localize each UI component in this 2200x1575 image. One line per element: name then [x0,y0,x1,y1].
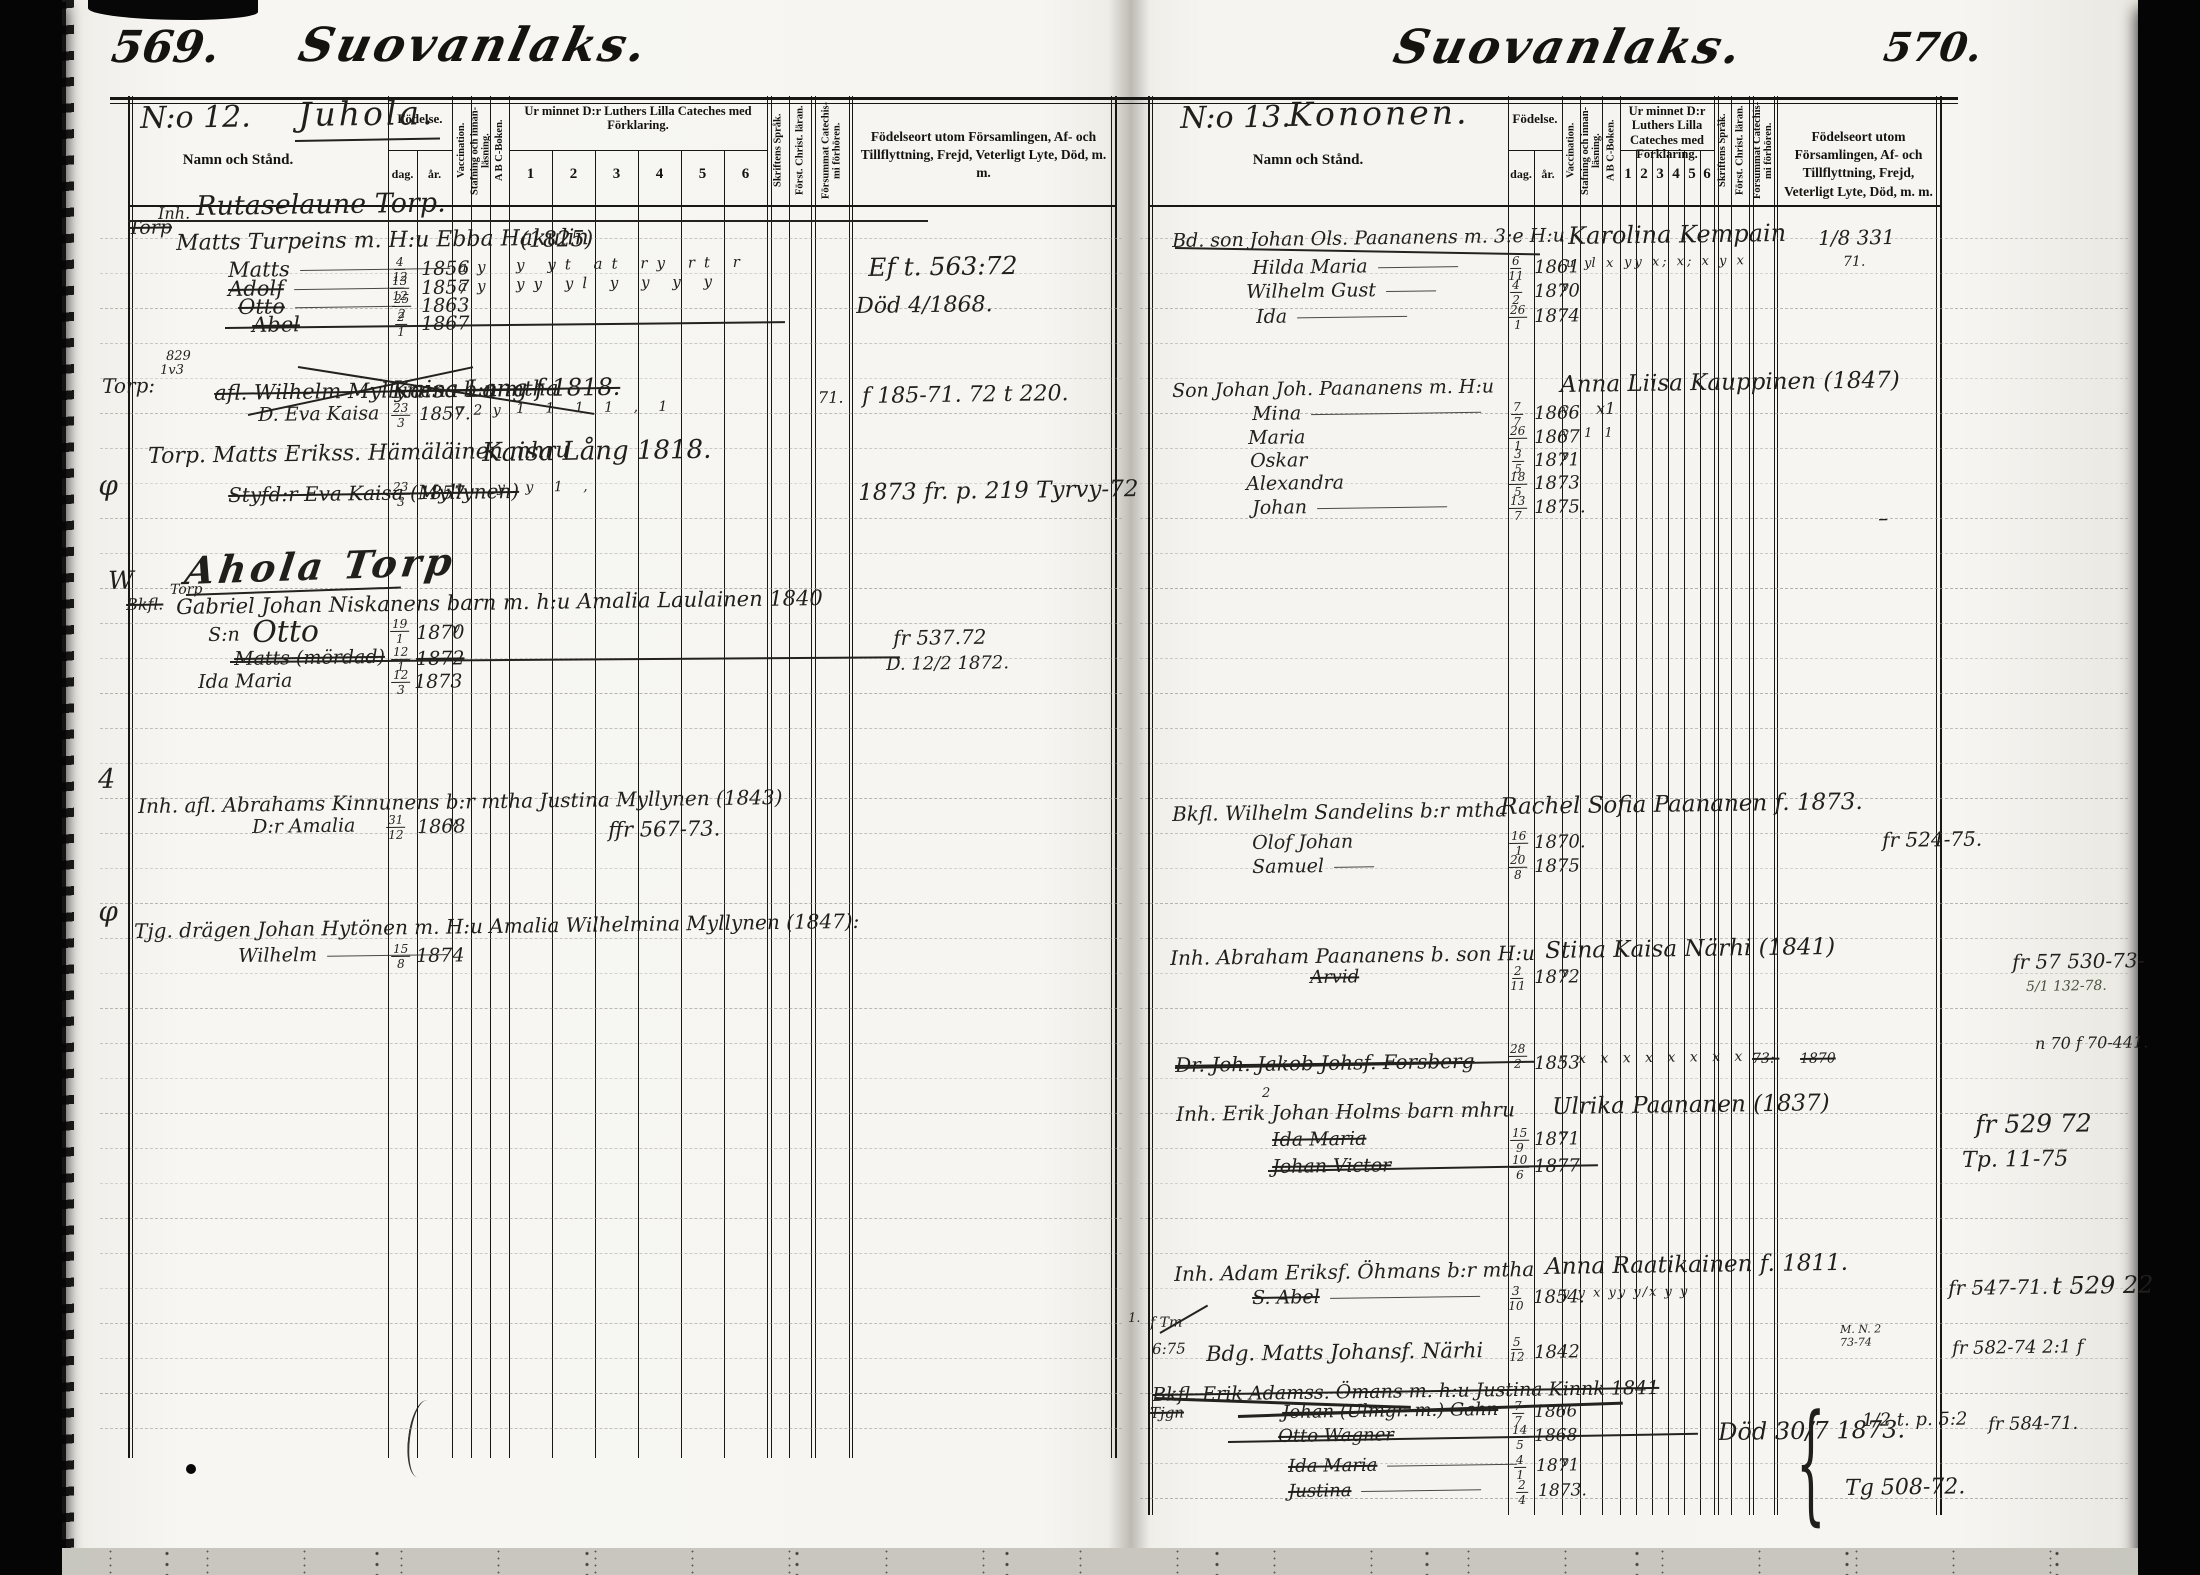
ruled-guide-line [100,973,1122,974]
column-header-missed-catechism: Försummat Catechis-mi förhören. [811,98,852,203]
pen-dash [1330,1295,1480,1298]
handwritten-text: Bdg. Matts Johansf. Närhi [1206,1340,1483,1365]
handwritten-text: Ef t. 563:72 [868,253,1018,280]
ruled-guide-line [100,1113,1122,1114]
ruled-guide-line [1140,763,2128,764]
handwritten-text: 1870 [1534,282,1580,301]
handwritten-text: Inh. Erik Johan Holms barn mhru [1176,1099,1515,1124]
column-header-notes: Födelseort utom Församlingen, Af- och Ti… [1783,128,1934,201]
handwritten-text: a [458,260,467,275]
handwritten-text: v [1562,281,1569,293]
page-number-left: 569. [108,22,222,73]
ruled-guide-line [100,728,1122,729]
column-header-notes: Födelseort utom Församlingen, Af- och Ti… [858,128,1109,183]
birth-date: 512 [1509,1336,1525,1363]
handwritten-text: 1v3 [160,364,184,377]
handwritten-text: Ida [1256,306,1407,327]
pen-dash [1317,506,1447,509]
handwritten-text: 1871 [1536,1457,1579,1475]
ruled-guide-line [100,1253,1122,1254]
handwritten-text: Arvid [1310,968,1359,987]
handwritten-text: ffr 567-73. [608,818,720,841]
pen-dash [1311,411,1481,414]
scanned-ledger-page: 569. Suovanlaks. Suovanlaks. 570. Födels… [0,0,2200,1575]
handwritten-text: fr 57 530-73- [2012,950,2145,972]
handwritten-text: – [1878,508,1888,528]
ruled-guide-line [100,693,1122,694]
handwritten-text: v [1562,967,1569,979]
column-header-scripture-language: Skriftens Språk. [767,98,789,203]
handwritten-text: S. Abel [1252,1286,1480,1308]
ruled-guide-line [1140,1183,2128,1184]
handwritten-text: 1 1 [1584,427,1617,440]
ruled-guide-line [100,1428,1122,1429]
handwritten-text: 1872 [1534,968,1580,987]
handwritten-text: 1875 [1534,857,1580,876]
ruled-guide-line [1140,903,2128,904]
handwritten-text: Otto [252,617,319,648]
catechism-sub-rule [1620,150,1714,151]
handwritten-text: Stina Kaisa Närhi (1841) [1545,936,1835,963]
pen-stroke [128,220,928,222]
handwritten-text: Abel [252,314,300,336]
handwritten-text: Samuel [1252,856,1374,877]
handwritten-text: Rutaselaune Torp. [196,190,446,220]
handwritten-text: v [1562,1456,1569,1468]
handwritten-text: 5/1 132-78. [2026,979,2107,994]
handwritten-text: Tp. 11-75 [1962,1149,2068,1172]
handwritten-text: Justina [1288,1480,1482,1501]
handwritten-text: x1 [1596,401,1615,417]
handwritten-text: f 185-71. 72 t 220. [862,383,1069,408]
ruled-guide-line [100,868,1122,869]
ruled-guide-line [100,1358,1122,1359]
column-header-vaccination: Vaccination. [1562,98,1580,203]
handwritten-text: v [1562,427,1569,439]
handwritten-text: Otto Wagner [1278,1426,1394,1446]
catechism-col-5: 5 [681,166,724,183]
handwritten-text: Olof Johan [1252,833,1353,853]
running-title-left: Suovanlaks. [294,18,607,73]
handwritten-text: v [449,816,457,830]
ruled-guide-line [1140,1218,2128,1219]
header-top-rule [110,97,1133,100]
ruled-guide-line [1140,1078,2128,1079]
handwritten-text: Hilda Maria [1252,256,1458,278]
ruled-guide-line [1140,728,2128,729]
handwritten-text: 1873 fr. p. 219 Tyrvy-72 [858,478,1139,505]
catechism-col-6: 6 [724,166,767,183]
handwritten-text: y [477,260,486,275]
birth-date: 208 [1508,854,1528,881]
handwritten-text: 1873 [414,672,463,692]
ruled-guide-line [100,343,1122,344]
running-title-right: Suovanlaks. [1389,20,1702,75]
handwritten-text: fr 537.72 [893,627,987,648]
birth-date: 211 [1510,965,1526,992]
handwritten-text: 1/2 t. p. 5:2 [1862,1411,1968,1430]
handwritten-text: Karolina Kempain [1568,221,1786,248]
pen-dash [295,306,395,308]
handwritten-text: M. N. 2 [1840,1323,1881,1335]
birth-date: 233 [391,402,411,429]
ruled-guide-line [1140,658,2128,659]
ruled-guide-line [100,1288,1122,1289]
column-header-spelling: Stafning och innan-läsning. [1580,98,1602,203]
handwritten-text: 1868 [417,817,466,837]
catechism-col-1: 1 [1620,166,1636,183]
scan-edge-right [2138,0,2200,1575]
column-header-catechism: Ur minnet D:r Luthers Lilla Cateches med… [1620,104,1714,162]
handwritten-text: fr 524-75. [1882,829,1982,850]
handwritten-text: Anna Liisa Kauppinen (1847) [1560,369,1900,397]
handwritten-text: 1866 [1534,404,1580,423]
header-bottom-rule [1148,205,1940,207]
handwritten-text: 1875. [1534,498,1586,517]
handwritten-text: Inh. Abraham Paananens b. son H:u [1170,943,1535,968]
column-header-abc-book: A B C-Boken. [490,98,509,203]
ruled-guide-line [1140,553,2128,554]
handwritten-text: fr 547-71. [1948,1277,2048,1298]
handwritten-text: 71. [1843,255,1865,269]
ruled-guide-line [1140,343,2128,344]
handwritten-text: Son Johan Joh. Paananens m. H:u [1172,378,1494,401]
column-header-day: dag. [388,168,417,182]
handwritten-text: Ulrika Paananen (1837) [1552,1092,1830,1119]
birth-date: 24 [1516,1479,1528,1506]
name-column-label: Namn och Stånd. [1188,152,1428,169]
handwritten-text: 1867 [1534,428,1580,447]
handwritten-text: 73:- [1752,1052,1779,1066]
birth-date: 191 [390,618,410,645]
handwritten-text: yy yl y y y y [516,274,721,292]
torn-edge-left [0,0,62,1575]
handwritten-text: Inh. Adam Eriksf. Öhmans b:r mtha [1174,1259,1534,1284]
birth-sub-rule [388,150,452,151]
record-name: Kononen. [1288,95,1470,131]
handwritten-text: D:r Amalia [252,817,356,837]
catechism-col-4: 4 [638,166,681,183]
handwritten-text: 829 [166,350,191,363]
handwritten-text: n 70 f 70-441. [2035,1034,2148,1052]
handwritten-text: Död 4/1868. [856,294,993,318]
ink-dot [186,1464,196,1474]
handwritten-text: v 2 y [455,403,504,418]
handwritten-text: (1825) [520,229,593,252]
handwritten-text: 1873 [1534,474,1580,493]
birth-date: 310 [1508,1285,1524,1312]
handwritten-text: t 529 22 [2052,1273,2154,1298]
handwritten-text: Bkfl. [126,596,163,613]
handwritten-text: 1873. [1538,1482,1587,1500]
handwritten-text: Ida Maria [1272,1130,1367,1150]
handwritten-text: D. 12/2 1872. [886,654,1009,674]
column-header-vaccination: Vaccination. [452,98,471,203]
handwritten-text: Anna Raatikainen f. 1811. [1545,1252,1848,1279]
handwritten-text: fr 582-74 2:1 f [1952,1338,2084,1358]
handwritten-text: fr 529 72 [1975,1110,2092,1137]
handwritten-text: x [1606,257,1614,270]
handwritten-text: Johan Victor [1272,1156,1391,1177]
handwritten-text: a [458,279,467,294]
ruled-guide-line [1140,588,2128,589]
handwritten-text: x x x x x x x x [1578,1050,1748,1066]
ruled-guide-line [1140,1323,2128,1324]
handwritten-text: { [1796,1398,1826,1528]
ruled-guide-line [100,1148,1122,1149]
ruled-guide-line [100,1043,1122,1044]
handwritten-text: φ [98,472,118,500]
birth-date: 158 [391,943,411,970]
handwritten-text: y y x yy y/x y y [1562,1285,1689,1300]
birth-date: 282 [1508,1043,1528,1070]
pen-dash [1361,1489,1481,1492]
catechism-col-6: 6 [1700,166,1714,183]
handwritten-text: y yt at ry rt r [516,255,749,273]
handwritten-text: Alexandra [1246,474,1344,494]
ruled-guide-line [100,518,1122,519]
page-number-right: 570. [1881,24,1985,71]
ruled-guide-line [1140,693,2128,694]
ruled-guide-line [100,1323,1122,1324]
handwritten-text: fr 584-71. [1988,1415,2078,1434]
ruled-guide-line [1140,1043,2128,1044]
birth-sub-rule [1508,150,1562,151]
handwritten-text: S:n [208,626,240,645]
birth-date: 137 [1508,495,1528,522]
ruled-guide-line [100,1183,1122,1184]
handwritten-text: Torp: [102,375,155,396]
handwritten-text: y [477,279,486,294]
handwritten-text: Kaisa Lång 1818. [482,437,712,466]
handwritten-text: Styfd:r Eva Kaisa (Myllynen) [228,481,519,505]
birth-date: 123 [391,669,411,696]
catechism-col-1: 1 [509,166,552,183]
column-header-christian-doctrine: Först. Christ. läran. [789,98,811,203]
handwritten-text: v [1562,450,1569,462]
scan-bottom-noise [62,1548,2138,1575]
handwritten-text: Oskar [1250,451,1308,471]
pen-dash [294,288,404,291]
pen-dash [1378,266,1458,268]
handwritten-text: 1853 [1534,1054,1580,1073]
handwritten-text: 1871 [1534,451,1580,470]
pen-dash [1387,1463,1517,1466]
column-header-catechism: Ur minnet D:r Luthers Lilla Cateches med… [509,104,767,133]
ruled-guide-line [100,763,1122,764]
ruled-guide-line [100,1008,1122,1009]
birth-date: 233 [391,481,411,508]
record-number: N:o 12. [140,102,251,134]
ruled-guide-line [1140,1008,2128,1009]
handwritten-text: yl [1584,257,1596,270]
handwritten-text: 4 [98,766,116,793]
catechism-col-3: 3 [595,166,638,183]
pen-dash [1386,290,1436,292]
handwritten-text: 2 [1262,1087,1270,1100]
handwritten-text: 1870. [1534,833,1586,852]
handwritten-text: 1874 [416,946,465,966]
pen-dash [1297,315,1407,318]
catechism-sub-rule [509,150,767,151]
ruled-guide-line [100,903,1122,904]
handwritten-text: v [1560,1053,1567,1065]
column-header-missed-catechism: Försummat Catechis-mi förhören. [1749,98,1777,203]
catechism-col-2: 2 [552,166,595,183]
handwritten-text: 1874 [1534,307,1580,326]
column-header-birth: Födelse. [1508,112,1562,127]
birth-date: 159 [1510,1127,1530,1154]
handwritten-text: Johan [1252,496,1447,518]
handwritten-text: Rachel Sofia Paananen f. 1873. [1500,791,1863,819]
ruled-guide-line [100,1078,1122,1079]
handwritten-text: φ [98,898,118,926]
catechism-col-4: 4 [1668,166,1684,183]
catechism-col-2: 2 [1636,166,1652,183]
column-header-day: dag. [1508,168,1534,182]
ruled-guide-line [1140,973,2128,974]
record-number: N:o 13. [1180,102,1291,134]
ruled-guide-line [100,1393,1122,1394]
handwritten-text: Ahola Torp [183,543,459,591]
record-name: Juhola. [298,96,436,131]
name-column-label: Namn och Stånd. [168,152,308,169]
handwritten-text: W [108,568,134,593]
column-header-year: år. [1534,168,1562,182]
handwritten-text: 6:75 [1152,1342,1186,1357]
handwritten-text: Tjgn [1150,1406,1184,1421]
column-header-christian-doctrine: Först. Christ. läran. [1731,98,1749,203]
column-header-spelling: Stafning och innan-läsning. [471,98,490,203]
column-header-scripture-language: Skriftens Språk. [1714,98,1731,203]
handwritten-text: yy x; x; x y x [1624,254,1747,269]
handwritten-text: 1/8 331 [1818,227,1895,248]
handwritten-text: Matts (mördad) [234,648,385,669]
column-header-year: år. [417,168,452,182]
handwritten-text: 1 1 1 1 , 1 [516,400,675,416]
handwritten-text: y y 1 , [497,480,596,495]
handwritten-text: Ida Maria [1288,1455,1518,1476]
handwritten-text: 1842 [1534,1343,1580,1362]
handwritten-text: v [1560,1129,1567,1141]
birth-date: 3112 [386,814,406,841]
handwritten-text: Ida Maria [198,672,293,692]
column-header-abc-book: A B C-Boken. [1602,98,1620,203]
handwritten-text: 1. [1128,1312,1141,1325]
birth-date: 261 [1508,304,1528,331]
ruled-guide-line [1140,623,2128,624]
handwritten-text: v [456,483,464,497]
handwritten-text: 1871 [1534,1130,1580,1149]
catechism-col-5: 5 [1684,166,1700,183]
handwritten-text: 1870 [1800,1052,1836,1066]
handwritten-text: u [1566,257,1575,270]
handwritten-text: Bkfl. Wilhelm Sandelins b:r mtha [1172,799,1507,824]
handwritten-text: Maria [1248,428,1306,448]
handwritten-text: 71. [818,390,844,406]
handwritten-text: v [452,622,460,636]
catechism-col-3: 3 [1652,166,1668,183]
handwritten-text: Mina [1252,402,1481,424]
handwritten-text: v [1562,403,1569,415]
handwritten-text: 73-74 [1840,1337,1872,1348]
pen-dash [1334,866,1374,868]
handwritten-text: Wilhelm Gust [1246,280,1436,302]
handwritten-text: Tg 508-72. [1845,1476,1965,1500]
ruled-guide-line [100,1218,1122,1219]
